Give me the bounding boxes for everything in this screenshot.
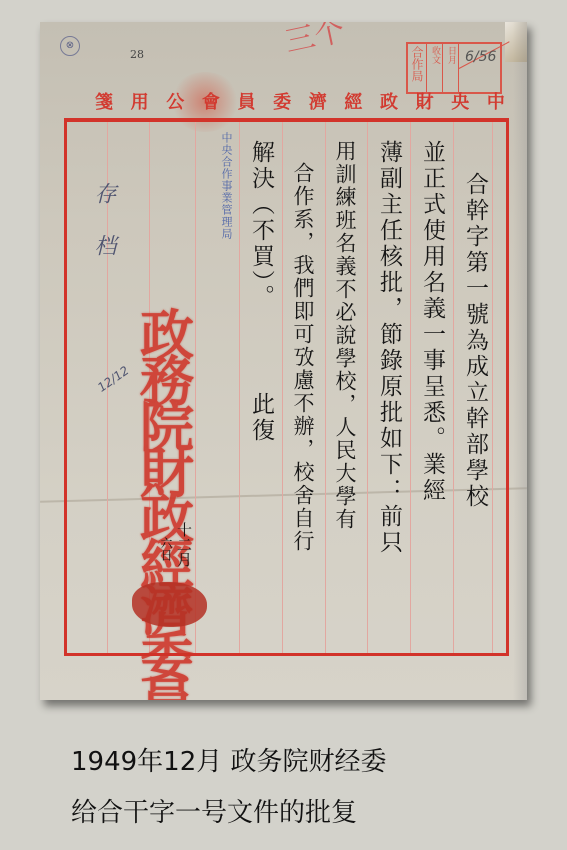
letterhead-char: 員 — [238, 88, 256, 112]
document-photo: ⊗ 28 三个 合作局 收文 日月 6/56 中 央 財 政 經 濟 委 員 會… — [40, 22, 527, 700]
circled-mark-icon: ⊗ — [60, 36, 80, 56]
ruled-line — [282, 122, 283, 653]
receipt-stamp: 合作局 收文 日月 6/56 — [406, 42, 502, 94]
body-column-closing: 此復 — [246, 392, 276, 444]
letterhead-char: 公 — [166, 88, 184, 112]
ruled-line — [410, 122, 411, 653]
body-column-1: 合幹字第一號為成立幹部學校 — [460, 172, 490, 510]
letterhead-char: 濟 — [309, 88, 327, 112]
body-column-6: 解決（不買）。 — [246, 140, 276, 311]
seal-date-month: 十二月 — [174, 522, 195, 567]
letterhead-char: 會 — [202, 88, 220, 112]
body-column-3: 薄副主任核批，節錄原批如下：前只 — [374, 140, 404, 556]
receipt-stamp-number-slot: 6/56 — [459, 44, 500, 92]
body-column-4: 用訓練班名義不必說學校，人民大學有 — [330, 140, 360, 531]
receipt-stamp-date: 日月 — [443, 44, 459, 92]
receipt-stamp-received: 收文 — [427, 44, 443, 92]
letterhead-char: 箋 — [95, 88, 113, 112]
red-pencil-annotation: 三个 — [283, 22, 347, 56]
letterhead-char: 央 — [451, 88, 469, 112]
receipt-number: 6/56 — [465, 48, 496, 66]
letterhead-char: 用 — [131, 88, 149, 112]
body-column-2: 並正式使用名義一事呈悉。業經 — [417, 140, 447, 504]
ruled-line — [492, 122, 493, 653]
caption-line-2: 给合干字一号文件的批复 — [71, 788, 511, 839]
ruled-line — [325, 122, 326, 653]
seal-line: 員會 — [130, 680, 202, 700]
photo-caption: 1949年12月 政务院财经委 给合干字一号文件的批复 — [71, 737, 511, 839]
letterhead-char: 經 — [344, 88, 362, 112]
seal-ink-blot — [132, 582, 207, 627]
ruled-line — [367, 122, 368, 653]
ruled-line — [453, 122, 454, 653]
seal-line: 政務 — [130, 312, 202, 404]
caption-line-1: 1949年12月 政务院财经委 — [71, 737, 511, 788]
receipt-stamp-org: 合作局 — [408, 44, 427, 92]
ruled-line — [239, 122, 240, 653]
body-column-5: 合作系，我們即可攷慮不辦，校舍自行 — [288, 162, 318, 553]
pencil-marginal-note: 存档 — [90, 182, 116, 286]
seal-date-day: 六日 — [158, 537, 175, 561]
seal-line: 院財 — [130, 404, 202, 496]
organization-stamp: 中央合作事業管理局 — [218, 132, 234, 240]
letterhead-char: 委 — [273, 88, 291, 112]
letterhead-char: 中 — [487, 88, 505, 112]
letterhead-char: 財 — [416, 88, 434, 112]
page-number: 28 — [130, 48, 144, 61]
letterhead: 中 央 財 政 經 濟 委 員 會 公 用 箋 — [95, 88, 505, 112]
letterhead-char: 政 — [380, 88, 398, 112]
